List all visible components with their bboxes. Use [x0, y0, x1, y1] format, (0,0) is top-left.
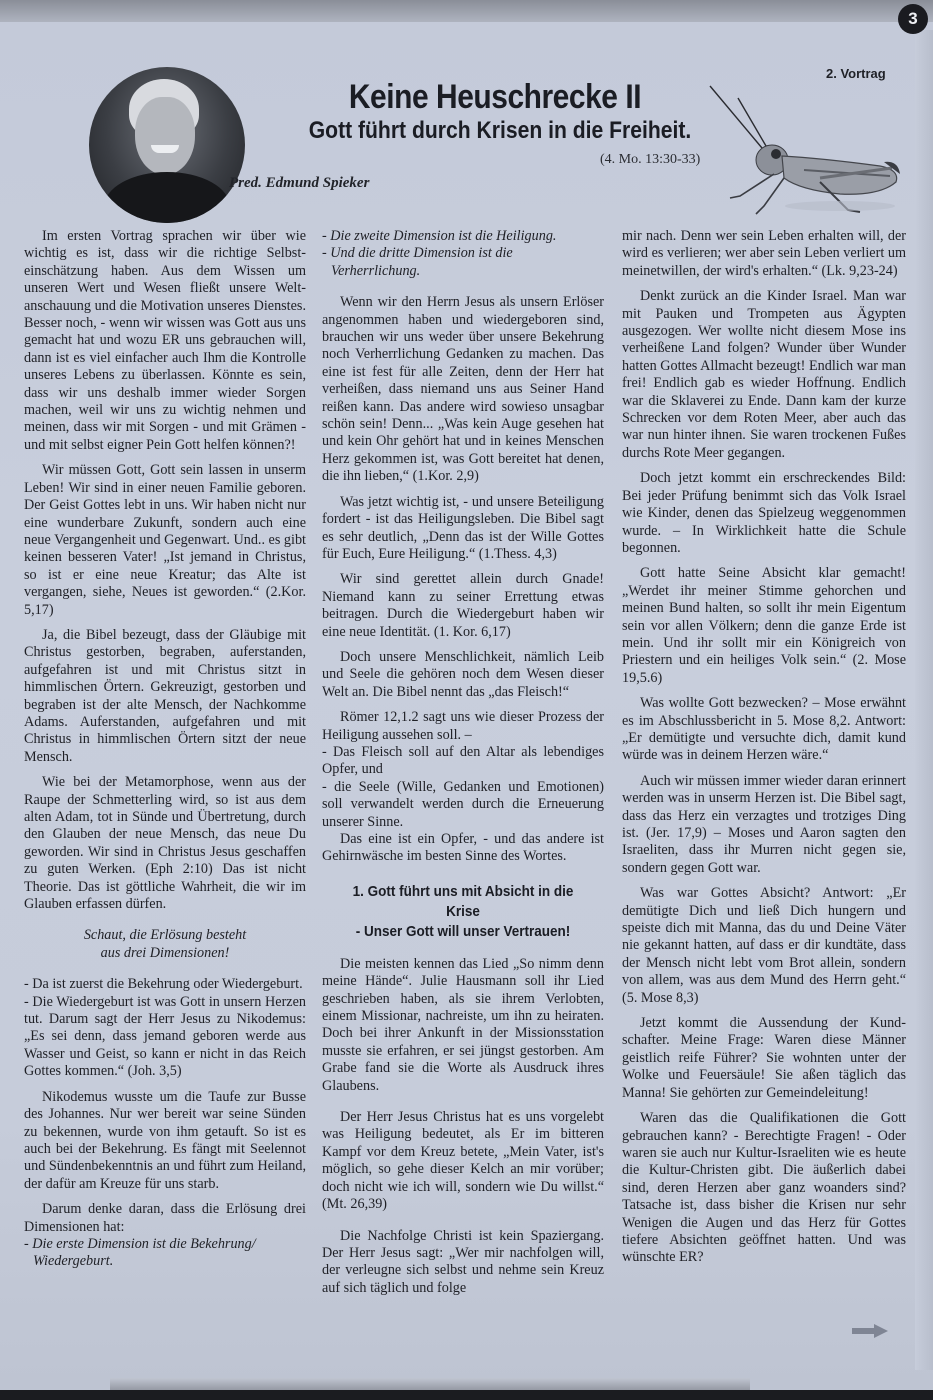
paragraph: Die meisten kennen das Lied „So nimm den…	[322, 956, 604, 1095]
text-column-1: Im ersten Vortrag sprachen wir über wie …	[24, 228, 306, 1271]
dimension-list-item: - Die zweite Dimension ist die Heiligung…	[322, 228, 604, 245]
paragraph: Wenn wir den Herrn Jesus als unsern Er­l…	[322, 294, 604, 485]
dimension-list-item: - Die erste Dimension ist die Bekehrung/	[24, 1236, 306, 1253]
paragraph: Nikodemus wusste um die Taufe zur Busse …	[24, 1089, 306, 1193]
article-title: Keine Heuschrecke II	[323, 78, 666, 117]
paragraph: Jetzt kommt die Aussendung der Kund­scha…	[622, 1015, 906, 1102]
scripture-reference: (4. Mo. 13:30-33)	[600, 152, 700, 168]
list-item: - Die Wiedergeburt ist was Gott in unser…	[24, 994, 306, 1081]
paragraph: Römer 12,1.2 sagt uns wie dieser Prozess…	[322, 709, 604, 744]
callout: Schaut, die Erlösung besteht aus drei Di…	[24, 927, 306, 962]
paragraph: Wir müssen Gott, Gott sein lassen in uns…	[24, 462, 306, 619]
page-edge	[915, 30, 933, 1370]
dimension-list-item: - Und die dritte Dimension ist die	[322, 245, 604, 262]
portrait-body	[104, 172, 230, 223]
dimension-list-item-cont: Verherrlichung.	[322, 263, 604, 280]
section-heading: 1. Gott führt uns mit Absicht in die Kri…	[336, 882, 590, 942]
author-name: Pred. Edmund Spieker	[229, 175, 369, 192]
paragraph: Wie bei der Metamorphose, wenn aus der R…	[24, 774, 306, 913]
paragraph: Ja, die Bibel bezeugt, dass der Gläubige…	[24, 627, 306, 766]
table-surface	[0, 1390, 933, 1400]
paragraph: Waren das die Qualifikationen die Gott g…	[622, 1110, 906, 1267]
heading-line: 1. Gott führt uns mit Absicht in die Kri…	[353, 883, 574, 920]
article-subtitle: Gott führt durch Krisen in die Freiheit.	[236, 117, 764, 145]
portrait-face	[135, 97, 195, 175]
portrait-smile	[151, 145, 179, 153]
paragraph: Denkt zurück an die Kinder Israel. Man w…	[622, 288, 906, 462]
paragraph: Wir sind gerettet allein durch Gnade! Ni…	[322, 571, 604, 641]
paragraph: Im ersten Vortrag sprachen wir über wie …	[24, 228, 306, 454]
grasshopper-icon	[700, 78, 910, 228]
paragraph: Die Nachfolge Christi ist kein Spazier­g…	[322, 1228, 604, 1298]
paragraph: Doch unsere Menschlichkeit, nämlich Leib…	[322, 649, 604, 701]
paragraph: Doch jetzt kommt ein erschreckendes Bild…	[622, 470, 906, 557]
list-item: - Da ist zuerst die Bekehrung oder Wiede…	[24, 976, 306, 993]
heading-line: - Unser Gott will unser Vertrauen!	[356, 923, 571, 940]
page-number-badge: 3	[898, 4, 928, 34]
paragraph: Der Herr Jesus Christus hat es uns vor­g…	[322, 1109, 604, 1213]
paragraph: Auch wir müssen immer wieder daran erinn…	[622, 773, 906, 877]
paragraph-continued: mir nach. Denn wer sein Leben erhalten w…	[622, 228, 906, 280]
text-column-3: mir nach. Denn wer sein Leben erhalten w…	[622, 228, 906, 1267]
page-top-shadow	[0, 0, 933, 22]
arrow-right-icon	[852, 1324, 888, 1338]
author-portrait	[89, 67, 245, 223]
paragraph: Das eine ist ein Opfer, - und das andere…	[322, 831, 604, 866]
magazine-page: 3 Pred. Edmund Spieker Keine Heuschrecke…	[0, 0, 933, 1392]
list-item: - Das Fleisch soll auf den Altar als leb…	[322, 744, 604, 779]
paragraph: Was war Gottes Absicht? Antwort: „Er dem…	[622, 885, 906, 1007]
paragraph: Was wollte Gott bezwecken? – Mose erwähn…	[622, 695, 906, 765]
text-column-2: - Die zweite Dimension ist die Heiligung…	[322, 228, 604, 1297]
paragraph: Was jetzt wichtig ist, - und unsere Bete…	[322, 494, 604, 564]
list-item: - die Seele (Wille, Gedanken und Emo­tio…	[322, 779, 604, 831]
paragraph: Darum denke daran, dass die Erlösung dre…	[24, 1201, 306, 1236]
callout-line: Schaut, die Erlösung besteht	[84, 927, 246, 943]
callout-line: aus drei Dimensionen!	[101, 945, 230, 961]
dimension-list-item-cont: Wiedergeburt.	[24, 1253, 306, 1270]
paragraph: Gott hatte Seine Absicht klar gemacht! „…	[622, 565, 906, 687]
